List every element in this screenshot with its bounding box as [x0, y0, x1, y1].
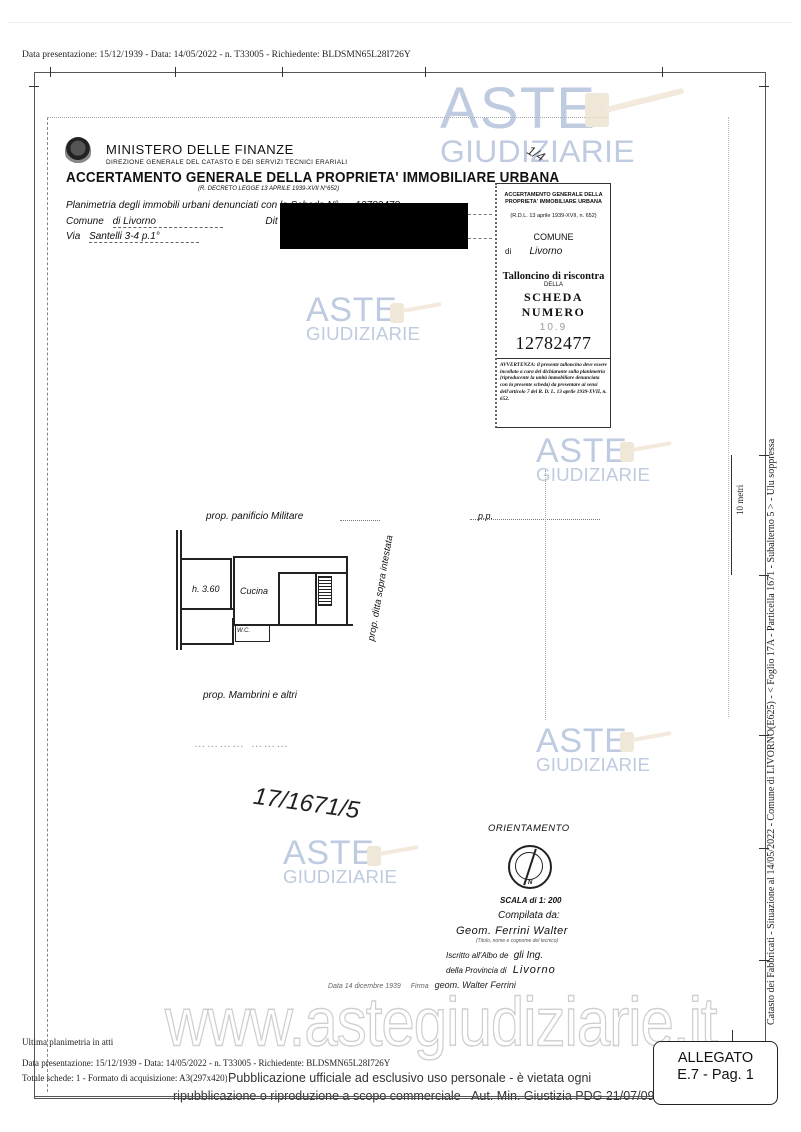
form-title: ACCERTAMENTO GENERALE DELLA PROPRIETA' I… [66, 169, 559, 186]
compass-north: N [528, 880, 532, 886]
footer-notice-line1: Pubblicazione ufficiale ad esclusivo uso… [228, 1071, 591, 1085]
redacted-block [280, 203, 468, 249]
talloncino-comune-value: Livorno [529, 246, 562, 257]
directorate-name: DIREZIONE GENERALE DEL CATASTO E DEI SER… [106, 159, 347, 166]
stairs-icon [318, 576, 332, 606]
compiler-name: Geom. Ferrini Walter [456, 925, 568, 937]
talloncino-comune-label: COMUNE [497, 232, 610, 242]
comune-value: di Livorno [113, 216, 223, 228]
ministry-emblem-icon [65, 137, 91, 165]
room-label-height: h. 3.60 [192, 584, 220, 594]
talloncino-box: ACCERTAMENTO GENERALE DELLA PROPRIETA' I… [495, 183, 611, 428]
side-scale-mark: 10 metri [735, 485, 745, 515]
side-catasto-text: Catasto dei Fabbricati - Situazione al 1… [766, 439, 777, 1025]
frame-tick [282, 67, 283, 77]
allegato-label: ALLEGATO [654, 1050, 777, 1067]
form-line-right-dots [468, 238, 492, 239]
comune-line: Comune di Livorno Dit [66, 216, 278, 228]
allegato-box: ALLEGATO E.7 - Pag. 1 [653, 1041, 778, 1105]
prop-top-right: p.p. [478, 511, 493, 521]
provincia-line: della Provincia di Livorno [446, 964, 556, 976]
orientation-label: ORIENTAMENTO [488, 823, 570, 834]
room-label-wc: W.C. [237, 628, 250, 634]
talloncino-della: DELLA [497, 282, 610, 288]
via-line: Via Santelli 3-4 p.1° [66, 231, 199, 243]
frame-tick [175, 67, 176, 77]
ditta-label: Dit [265, 216, 277, 227]
compiler-caption: (Titolo, nome e cognome del tecnico) [476, 938, 558, 944]
comune-label: Comune [66, 216, 104, 227]
footer-last-plan: Ultima planimetria in atti [22, 1037, 113, 1047]
top-rule [8, 22, 793, 23]
room-label-cucina: Cucina [240, 586, 268, 596]
frame-tick [662, 67, 663, 77]
form-line-right-dots [468, 214, 492, 215]
inner-doc-border [47, 117, 49, 1092]
talloncino-scheda-number: 12782477 [497, 333, 610, 354]
prop-bottom: prop. Mambrini e altri [203, 690, 297, 701]
frame-tick [29, 86, 39, 87]
frame-tick [759, 86, 769, 87]
scale-bar [731, 455, 732, 575]
footer-presentation-line: Data presentazione: 15/12/1939 - Data: 1… [22, 1058, 390, 1068]
inner-doc-right [728, 117, 730, 717]
ministry-name: MINISTERO DELLE FINANZE [106, 142, 294, 157]
footer-rule [34, 1096, 654, 1097]
allegato-page: E.7 - Pag. 1 [654, 1067, 777, 1084]
talloncino-scheda-label: SCHEDA NUMERO [497, 290, 610, 320]
header-presentation-line: Data presentazione: 15/12/1939 - Data: 1… [22, 50, 411, 60]
talloncino-decree: (R.D.L. 13 aprile 1939-XVII, n. 652) [497, 213, 610, 220]
talloncino-scheda-faint: 10.9 [497, 322, 610, 333]
watermark-website: www.astegiudiziarie.it [165, 982, 717, 1061]
ghost-line [545, 470, 547, 720]
faint-handwriting: ………… ……… [195, 738, 290, 750]
albo-line: Iscritto all'Albo de gli Ing. [446, 950, 543, 961]
frame-tick [425, 67, 426, 77]
talloncino-di-label: di [505, 247, 511, 256]
footer-totals-line: Totale schede: 1 - Formato di acquisizio… [22, 1073, 227, 1083]
talloncino-heading: ACCERTAMENTO GENERALE DELLA PROPRIETA' I… [497, 192, 610, 205]
scale-label: SCALA di 1: 200 [500, 896, 562, 905]
inner-doc-top [47, 117, 607, 119]
decree-ref: (R. DECRETO LEGGE 13 APRILE 1939-XVII N°… [198, 186, 339, 192]
via-value: Santelli 3-4 p.1° [89, 231, 199, 243]
via-label: Via [66, 231, 80, 242]
frame-tick [50, 67, 51, 77]
talloncino-title: Talloncino di riscontra [497, 271, 610, 282]
compiled-by-label: Compilata da: [498, 910, 560, 921]
talloncino-avvertenza: AVVERTENZA: il presente talloncino deve … [497, 358, 610, 406]
